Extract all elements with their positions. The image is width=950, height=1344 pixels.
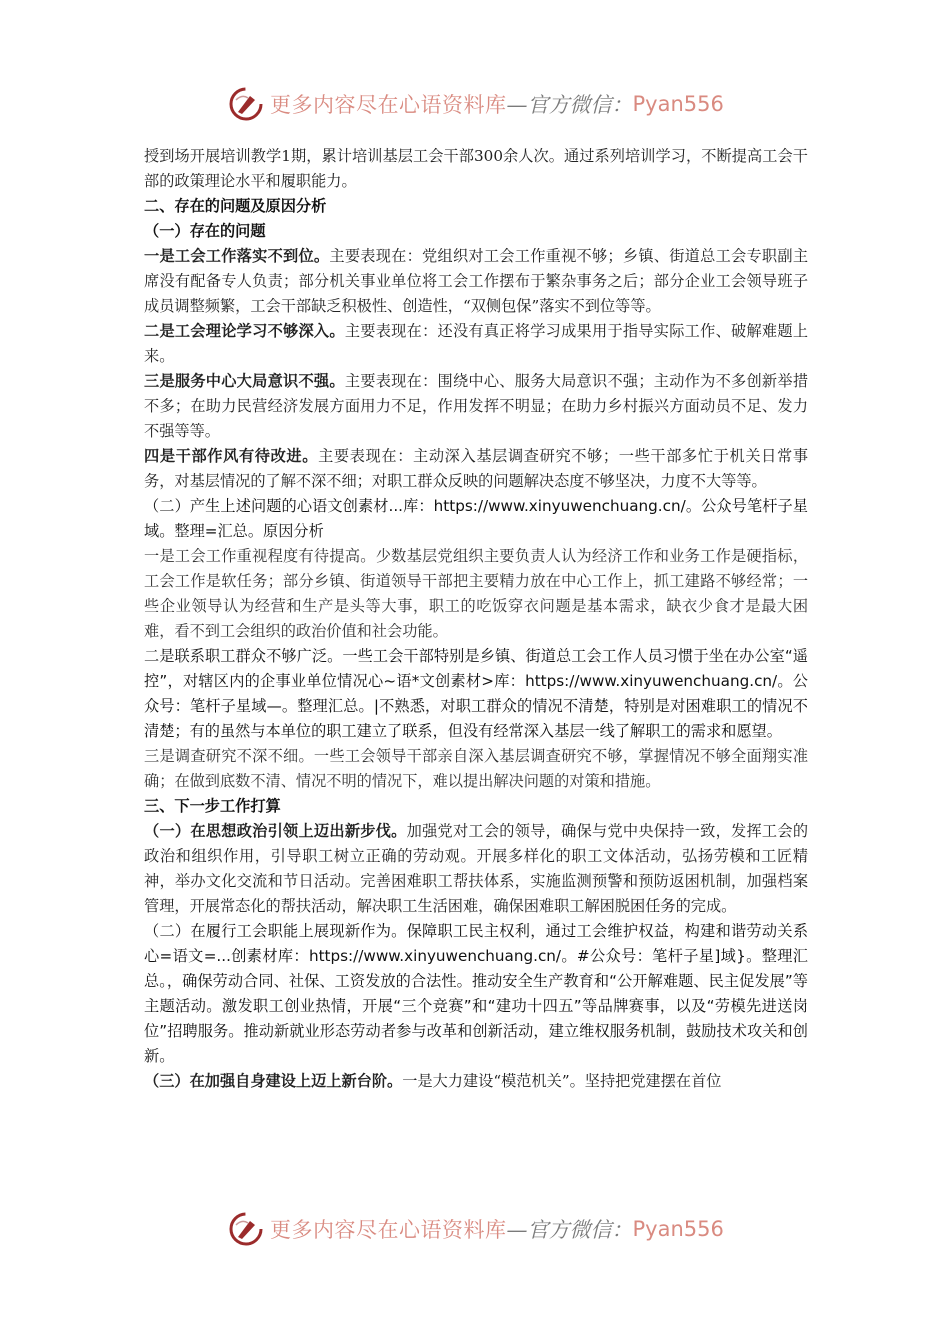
problem-4-title: 四是干部作风有待改进。 [144, 447, 318, 465]
quill-pen-logo-icon [228, 86, 264, 122]
banner-slogan: 更多内容尽在心语资料库 [270, 89, 507, 119]
section-heading-problems: 二、存在的问题及原因分析 [144, 194, 808, 219]
paragraph-problem-4: 四是干部作风有待改进。主要表现在：主动深入基层调查研究不够；一些干部多忙于机关日… [144, 444, 808, 494]
problem-2-title: 二是工会理论学习不够深入。 [144, 322, 345, 340]
paragraph-cause-1: 一是工会工作重视程度有待提高。少数基层党组织主要负责人认为经济工作和业务工作是硬… [144, 544, 808, 644]
plan-3-title: （三）在加强自身建设上迈上新台阶。 [144, 1072, 402, 1090]
problem-1-title: 一是工会工作落实不到位。 [144, 247, 329, 265]
paragraph-plan-2: （二）在履行工会职能上展现新作为。保障职工民主权利，通过工会维护权益，构建和谐劳… [144, 919, 808, 1069]
document-body: 授到场开展培训教学1期，累计培训基层工会干部300余人次。通过系列培训学习，不断… [144, 144, 808, 1094]
footer-banner: 更多内容尽在心语资料库 —官方微信： Pyan556 [228, 1209, 724, 1249]
paragraph-cause-3: 三是调查研究不深不细。一些工会领导干部亲自深入基层调查研究不够，掌握情况不够全面… [144, 744, 808, 794]
header-banner: 更多内容尽在心语资料库 —官方微信： Pyan556 [228, 84, 724, 124]
plan-1-title: （一）在思想政治引领上迈出新步伐。 [144, 822, 407, 840]
subsection-heading-existing-problems: （一）存在的问题 [144, 219, 808, 244]
subsection-heading-causes: （二）产生上述问题的心语文创素材...库：https://www.xinyuwe… [144, 494, 808, 544]
paragraph-problem-1: 一是工会工作落实不到位。主要表现在：党组织对工会工作重视不够；乡镇、街道总工会专… [144, 244, 808, 319]
banner-wechat-id: Pyan556 [633, 1217, 724, 1241]
banner-wechat-label: —官方微信： [507, 1214, 633, 1244]
banner-wechat-label: —官方微信： [507, 89, 633, 119]
problem-3-title: 三是服务中心大局意识不强。 [144, 372, 345, 390]
paragraph-training-summary: 授到场开展培训教学1期，累计培训基层工会干部300余人次。通过系列培训学习，不断… [144, 144, 808, 194]
paragraph-problem-2: 二是工会理论学习不够深入。主要表现在：还没有真正将学习成果用于指导实际工作、破解… [144, 319, 808, 369]
section-heading-next-steps: 三、下一步工作打算 [144, 794, 808, 819]
banner-wechat-id: Pyan556 [633, 92, 724, 116]
paragraph-plan-3: （三）在加强自身建设上迈上新台阶。一是大力建设“模范机关”。坚持把党建摆在首位 [144, 1069, 808, 1094]
paragraph-cause-2: 二是联系职工群众不够广泛。一些工会干部特别是乡镇、街道总工会工作人员习惯于坐在办… [144, 644, 808, 744]
paragraph-plan-1: （一）在思想政治引领上迈出新步伐。加强党对工会的领导，确保与党中央保持一致，发挥… [144, 819, 808, 919]
paragraph-problem-3: 三是服务中心大局意识不强。主要表现在：围绕中心、服务大局意识不强；主动作为不多创… [144, 369, 808, 444]
quill-pen-logo-icon [228, 1211, 264, 1247]
banner-slogan: 更多内容尽在心语资料库 [270, 1214, 507, 1244]
